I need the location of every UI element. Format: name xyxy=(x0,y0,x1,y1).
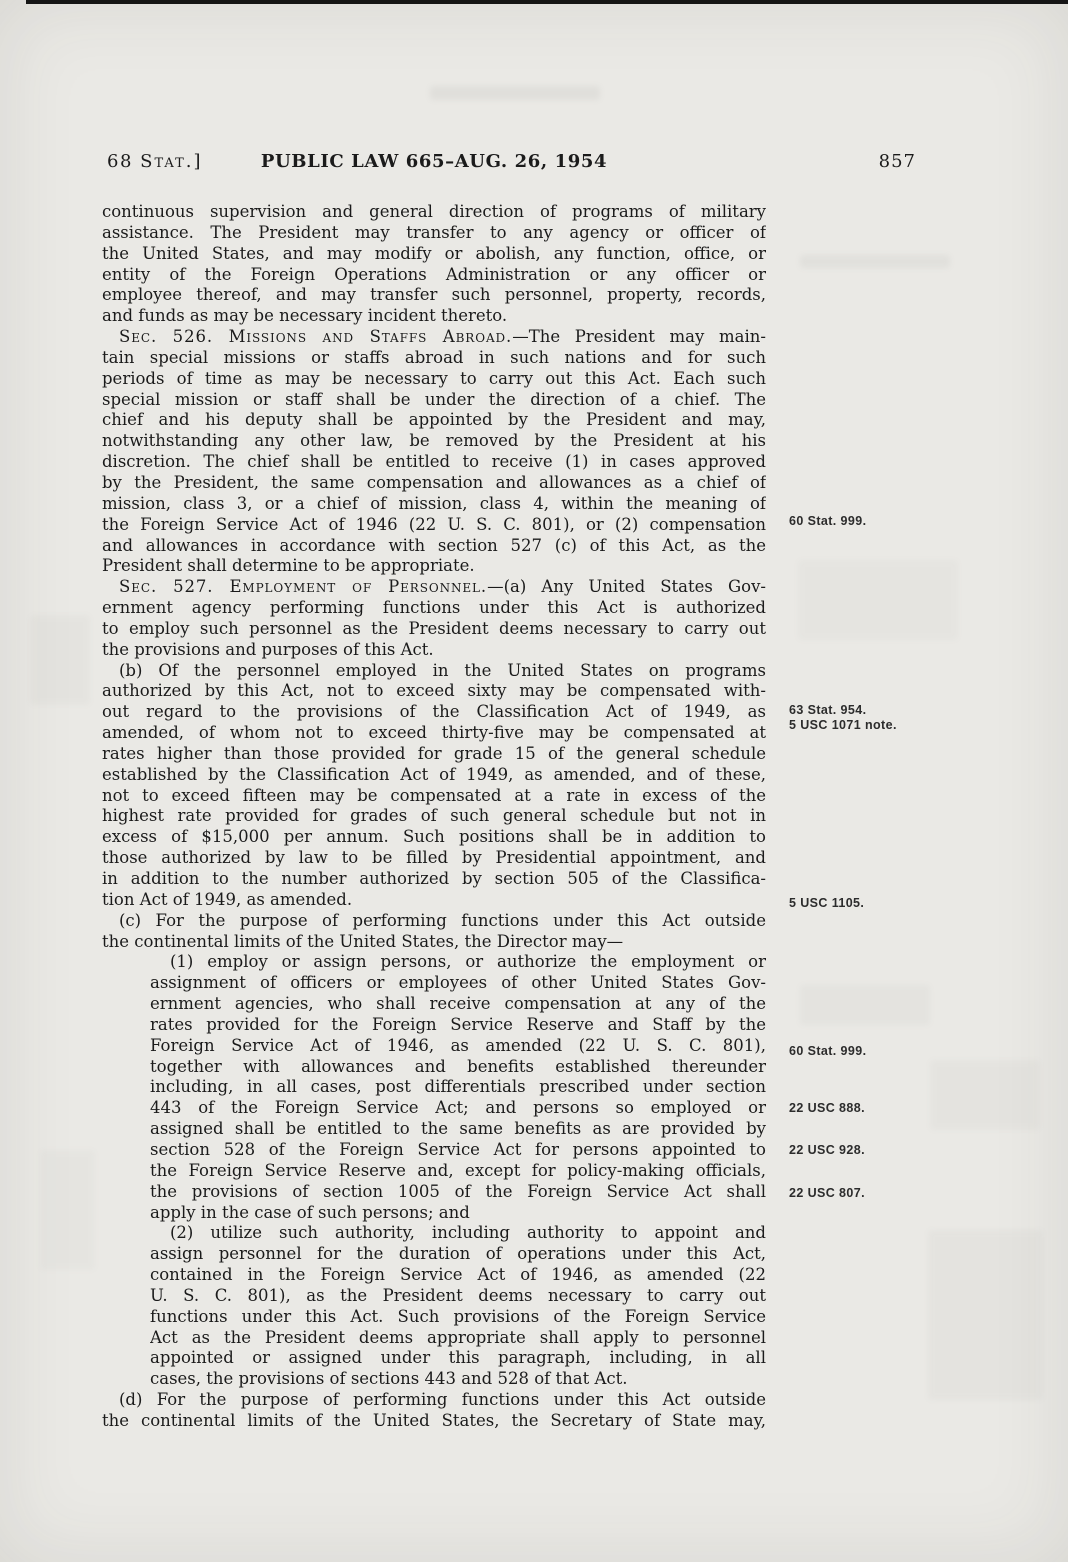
bleed-through-smudge xyxy=(798,560,958,640)
text-line: ernment agencies, who shall receive comp… xyxy=(150,994,766,1015)
text-line: President shall determine to be appropri… xyxy=(102,556,766,577)
text-line: and allowances in accordance with sectio… xyxy=(102,536,766,557)
margin-citation-line: 5 USC 1071 note. xyxy=(789,718,939,733)
text-line: including, in all cases, post differenti… xyxy=(150,1077,766,1098)
margin-citation-line: 22 USC 888. xyxy=(789,1101,939,1116)
text-line: entity of the Foreign Operations Adminis… xyxy=(102,265,766,286)
text-line: highest rate provided for grades of such… xyxy=(102,806,766,827)
bleed-through-smudge xyxy=(800,985,930,1025)
text-line: in addition to the number authorized by … xyxy=(102,869,766,890)
margin-citation: 22 USC 888. xyxy=(789,1101,939,1116)
text-line: not to exceed fifteen may be compensated… xyxy=(102,786,766,807)
bleed-through-smudge xyxy=(928,1230,1043,1400)
paragraph-sec-527-c: (c) For the purpose of performing functi… xyxy=(102,911,766,953)
text-line: U. S. C. 801), as the President deems ne… xyxy=(150,1286,766,1307)
scan-top-edge xyxy=(26,0,1068,4)
margin-citation-line: 22 USC 807. xyxy=(789,1186,939,1201)
margin-citation: 22 USC 928. xyxy=(789,1143,939,1158)
paragraph-sec-525-continuation: continuous supervision and general direc… xyxy=(102,202,766,327)
text-line: contained in the Foreign Service Act of … xyxy=(150,1265,766,1286)
text-line: Act as the President deems appropriate s… xyxy=(150,1328,766,1349)
margin-citation: 63 Stat. 954.5 USC 1071 note. xyxy=(789,703,939,733)
text-line: and funds as may be necessary incident t… xyxy=(102,306,766,327)
text-line: appointed or assigned under this paragra… xyxy=(150,1348,766,1369)
text-line: assignment of officers or employees of o… xyxy=(150,973,766,994)
text-line: discretion. The chief shall be entitled … xyxy=(102,452,766,473)
text-line: by the President, the same compensation … xyxy=(102,473,766,494)
law-title: PUBLIC LAW 665–AUG. 26, 1954 xyxy=(102,151,766,172)
text-line: Sec. 527. Employment of Personnel.—(a) A… xyxy=(102,577,766,598)
text-line: the Foreign Service Reserve and, except … xyxy=(150,1161,766,1182)
text-line: (d) For the purpose of performing functi… xyxy=(102,1390,766,1411)
margin-citation-line: 63 Stat. 954. xyxy=(789,703,939,718)
text-line: assign personnel for the duration of ope… xyxy=(150,1244,766,1265)
statute-page: 68 Stat.] PUBLIC LAW 665–AUG. 26, 1954 8… xyxy=(0,0,1068,1562)
margin-citation-line: 5 USC 1105. xyxy=(789,896,939,911)
text-line: section 528 of the Foreign Service Act f… xyxy=(150,1140,766,1161)
text-line: Foreign Service Act of 1946, as amended … xyxy=(150,1036,766,1057)
text-line: mission, class 3, or a chief of mission,… xyxy=(102,494,766,515)
text-line: continuous supervision and general direc… xyxy=(102,202,766,223)
text-line: the provisions and purposes of this Act. xyxy=(102,640,766,661)
text-line: apply in the case of such persons; and xyxy=(150,1203,766,1224)
margin-citation: 60 Stat. 999. xyxy=(789,514,939,529)
text-line: together with allowances and benefits es… xyxy=(150,1057,766,1078)
paragraph-sec-527-d: (d) For the purpose of performing functi… xyxy=(102,1390,766,1432)
text-line: tion Act of 1949, as amended. xyxy=(102,890,766,911)
text-line: amended, of whom not to exceed thirty-fi… xyxy=(102,723,766,744)
text-line: cases, the provisions of sections 443 an… xyxy=(150,1369,766,1390)
margin-citation-line: 22 USC 928. xyxy=(789,1143,939,1158)
text-line: (c) For the purpose of performing functi… xyxy=(102,911,766,932)
section-heading-smallcaps: Sec. 527. Employment of Personnel. xyxy=(119,577,487,596)
section-heading-smallcaps: Sec. 526. Missions and Staffs Abroad. xyxy=(119,327,512,346)
text-line: rates provided for the Foreign Service R… xyxy=(150,1015,766,1036)
text-line: the continental limits of the United Sta… xyxy=(102,932,766,953)
text-line: tain special missions or staffs abroad i… xyxy=(102,348,766,369)
text-line: special mission or staff shall be under … xyxy=(102,390,766,411)
bleed-through-smudge xyxy=(800,255,950,268)
text-line: chief and his deputy shall be appointed … xyxy=(102,410,766,431)
text-line: the provisions of section 1005 of the Fo… xyxy=(150,1182,766,1203)
margin-citation-line: 60 Stat. 999. xyxy=(789,514,939,529)
text-line: 443 of the Foreign Service Act; and pers… xyxy=(150,1098,766,1119)
page-number: 857 xyxy=(879,151,916,172)
bleed-through-smudge xyxy=(40,1150,95,1270)
text-line: established by the Classification Act of… xyxy=(102,765,766,786)
text-line: Sec. 526. Missions and Staffs Abroad.—Th… xyxy=(102,327,766,348)
text-line: notwithstanding any other law, be remove… xyxy=(102,431,766,452)
bleed-through-smudge xyxy=(930,1060,1040,1130)
text-line: rates higher than those provided for gra… xyxy=(102,744,766,765)
paragraph-sec-527-b: (b) Of the personnel employed in the Uni… xyxy=(102,661,766,911)
paragraph-sec-527-c-1: (1) employ or assign persons, or authori… xyxy=(150,952,766,1223)
paragraph-sec-527-employment-of-personnel-a: Sec. 527. Employment of Personnel.—(a) A… xyxy=(102,577,766,660)
margin-citation: 22 USC 807. xyxy=(789,1186,939,1201)
text-column: continuous supervision and general direc… xyxy=(102,202,766,1432)
text-line: periods of time as may be necessary to c… xyxy=(102,369,766,390)
bleed-through-smudge xyxy=(430,86,600,100)
text-line: employee thereof, and may transfer such … xyxy=(102,285,766,306)
text-line: (1) employ or assign persons, or authori… xyxy=(150,952,766,973)
text-line: out regard to the provisions of the Clas… xyxy=(102,702,766,723)
margin-citation: 60 Stat. 999. xyxy=(789,1044,939,1059)
text-line: assistance. The President may transfer t… xyxy=(102,223,766,244)
text-line: assigned shall be entitled to the same b… xyxy=(150,1119,766,1140)
text-line: the continental limits of the United Sta… xyxy=(102,1411,766,1432)
margin-citation: 5 USC 1105. xyxy=(789,896,939,911)
text-line: excess of $15,000 per annum. Such positi… xyxy=(102,827,766,848)
bleed-through-smudge xyxy=(30,615,90,705)
text-line: the Foreign Service Act of 1946 (22 U. S… xyxy=(102,515,766,536)
text-line: (b) Of the personnel employed in the Uni… xyxy=(102,661,766,682)
paragraph-sec-527-c-2: (2) utilize such authority, including au… xyxy=(150,1223,766,1390)
text-line: ernment agency performing functions unde… xyxy=(102,598,766,619)
paragraph-sec-526-missions-and-staffs-abroad: Sec. 526. Missions and Staffs Abroad.—Th… xyxy=(102,327,766,577)
text-line: authorized by this Act, not to exceed si… xyxy=(102,681,766,702)
text-line: (2) utilize such authority, including au… xyxy=(150,1223,766,1244)
text-line: those authorized by law to be filled by … xyxy=(102,848,766,869)
margin-citation-line: 60 Stat. 999. xyxy=(789,1044,939,1059)
running-head: 68 Stat.] PUBLIC LAW 665–AUG. 26, 1954 xyxy=(102,151,766,175)
text-line: to employ such personnel as the Presiden… xyxy=(102,619,766,640)
text-line: functions under this Act. Such provision… xyxy=(150,1307,766,1328)
text-line: the United States, and may modify or abo… xyxy=(102,244,766,265)
